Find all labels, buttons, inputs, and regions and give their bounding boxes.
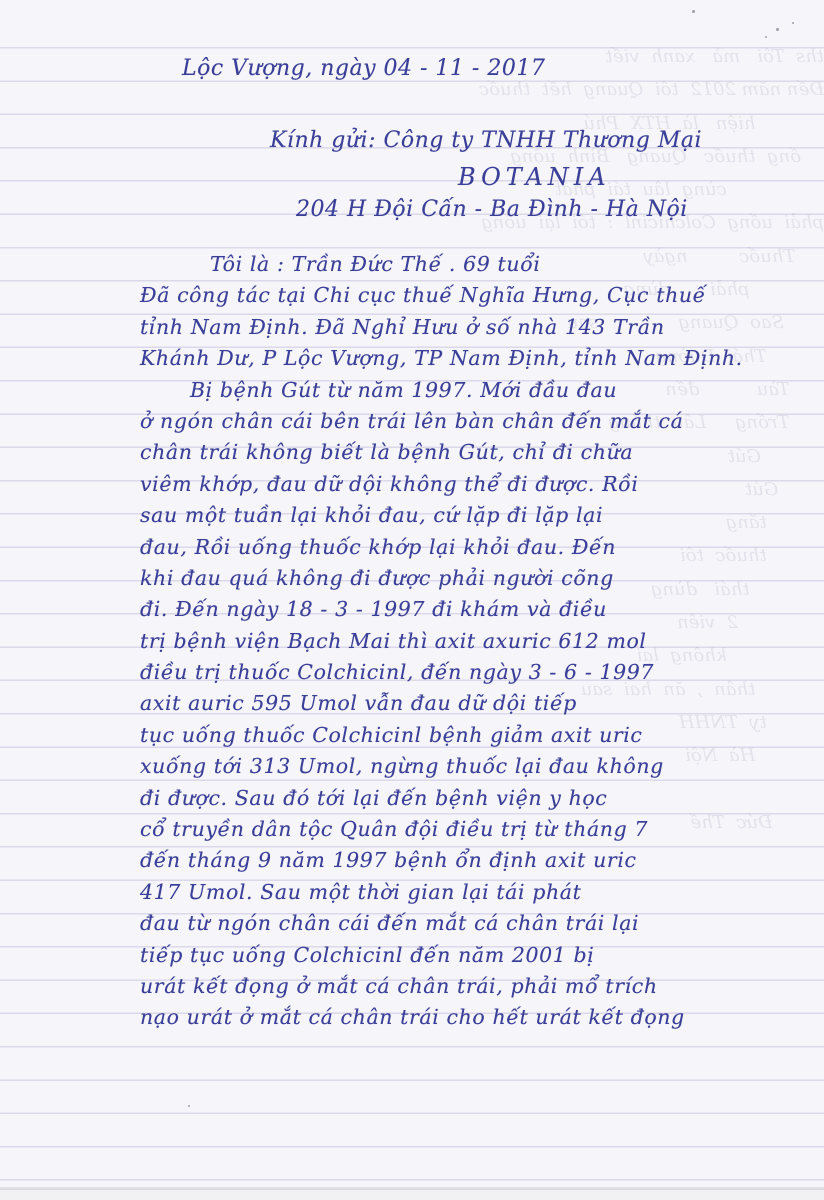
recipient-address: 204 H Đội Cấn - Ba Đình - Hà Nội xyxy=(296,197,688,222)
recipient-company: BOTANIA xyxy=(458,163,611,191)
letter-body: Tôi là : Trần Đức Thế . 69 tuổi Đã công … xyxy=(140,249,820,1034)
body-line: tỉnh Nam Định. Đã Nghỉ Hưu ở số nhà 143 … xyxy=(140,312,820,343)
body-line: điều trị thuốc Colchicinl, đến ngày 3 - … xyxy=(140,657,820,688)
body-line: ở ngón chân cái bên trái lên bàn chân đế… xyxy=(140,406,820,437)
paper-speck xyxy=(188,1105,190,1107)
body-line: axit auric 595 Umol vẫn đau dữ dội tiếp xyxy=(140,688,820,719)
body-line: 417 Umol. Sau một thời gian lại tái phát xyxy=(140,877,820,908)
paper-speck xyxy=(776,28,779,31)
body-line: cổ truyền dân tộc Quân đội điều trị từ t… xyxy=(140,814,820,845)
body-line: đi được. Sau đó tới lại đến bệnh viện y … xyxy=(140,783,820,814)
body-line: đau, Rồi uống thuốc khớp lại khỏi đau. Đ… xyxy=(140,532,820,563)
scan-background xyxy=(0,1190,824,1200)
body-line: Khánh Dư, P Lộc Vượng, TP Nam Định, tỉnh… xyxy=(140,343,820,374)
body-line: nạo urát ở mắt cá chân trái cho hết urát… xyxy=(140,1002,820,1033)
body-line: Bị bệnh Gút từ năm 1997. Mới đầu đau xyxy=(140,375,820,406)
letter-page: ths Tôi mà xanh viết Đến năm 2012 tôi Qu… xyxy=(0,0,824,1190)
body-line: xuống tới 313 Umol, ngừng thuốc lại đau … xyxy=(140,751,820,782)
place-and-date: Lộc Vượng, ngày 04 - 11 - 2017 xyxy=(182,56,545,81)
paper-speck xyxy=(692,10,695,13)
paper-speck xyxy=(792,22,794,24)
body-line: viêm khớp, đau dữ dội không thể đi được.… xyxy=(140,469,820,500)
body-line: chân trái không biết là bệnh Gút, chỉ đi… xyxy=(140,437,820,468)
body-line: tục uống thuốc Colchicinl bệnh giảm axit… xyxy=(140,720,820,751)
body-line: Tôi là : Trần Đức Thế . 69 tuổi xyxy=(140,249,820,280)
body-line: đau từ ngón chân cái đến mắt cá chân trá… xyxy=(140,908,820,939)
body-line: đến tháng 9 năm 1997 bệnh ổn định axit u… xyxy=(140,845,820,876)
body-line: đi. Đến ngày 18 - 3 - 1997 đi khám và đi… xyxy=(140,594,820,625)
body-line: Đã công tác tại Chi cục thuế Nghĩa Hưng,… xyxy=(140,280,820,311)
recipient-line: Kính gửi: Công ty TNHH Thương Mại xyxy=(270,128,702,153)
body-line: tiếp tục uống Colchicinl đến năm 2001 bị xyxy=(140,940,820,971)
body-line: sau một tuần lại khỏi đau, cứ lặp đi lặp… xyxy=(140,500,820,531)
body-line: khi đau quá không đi được phải người cõn… xyxy=(140,563,820,594)
body-line: urát kết đọng ở mắt cá chân trái, phải m… xyxy=(140,971,820,1002)
body-line: trị bệnh viện Bạch Mai thì axit axuric 6… xyxy=(140,626,820,657)
paper-speck xyxy=(765,36,767,38)
